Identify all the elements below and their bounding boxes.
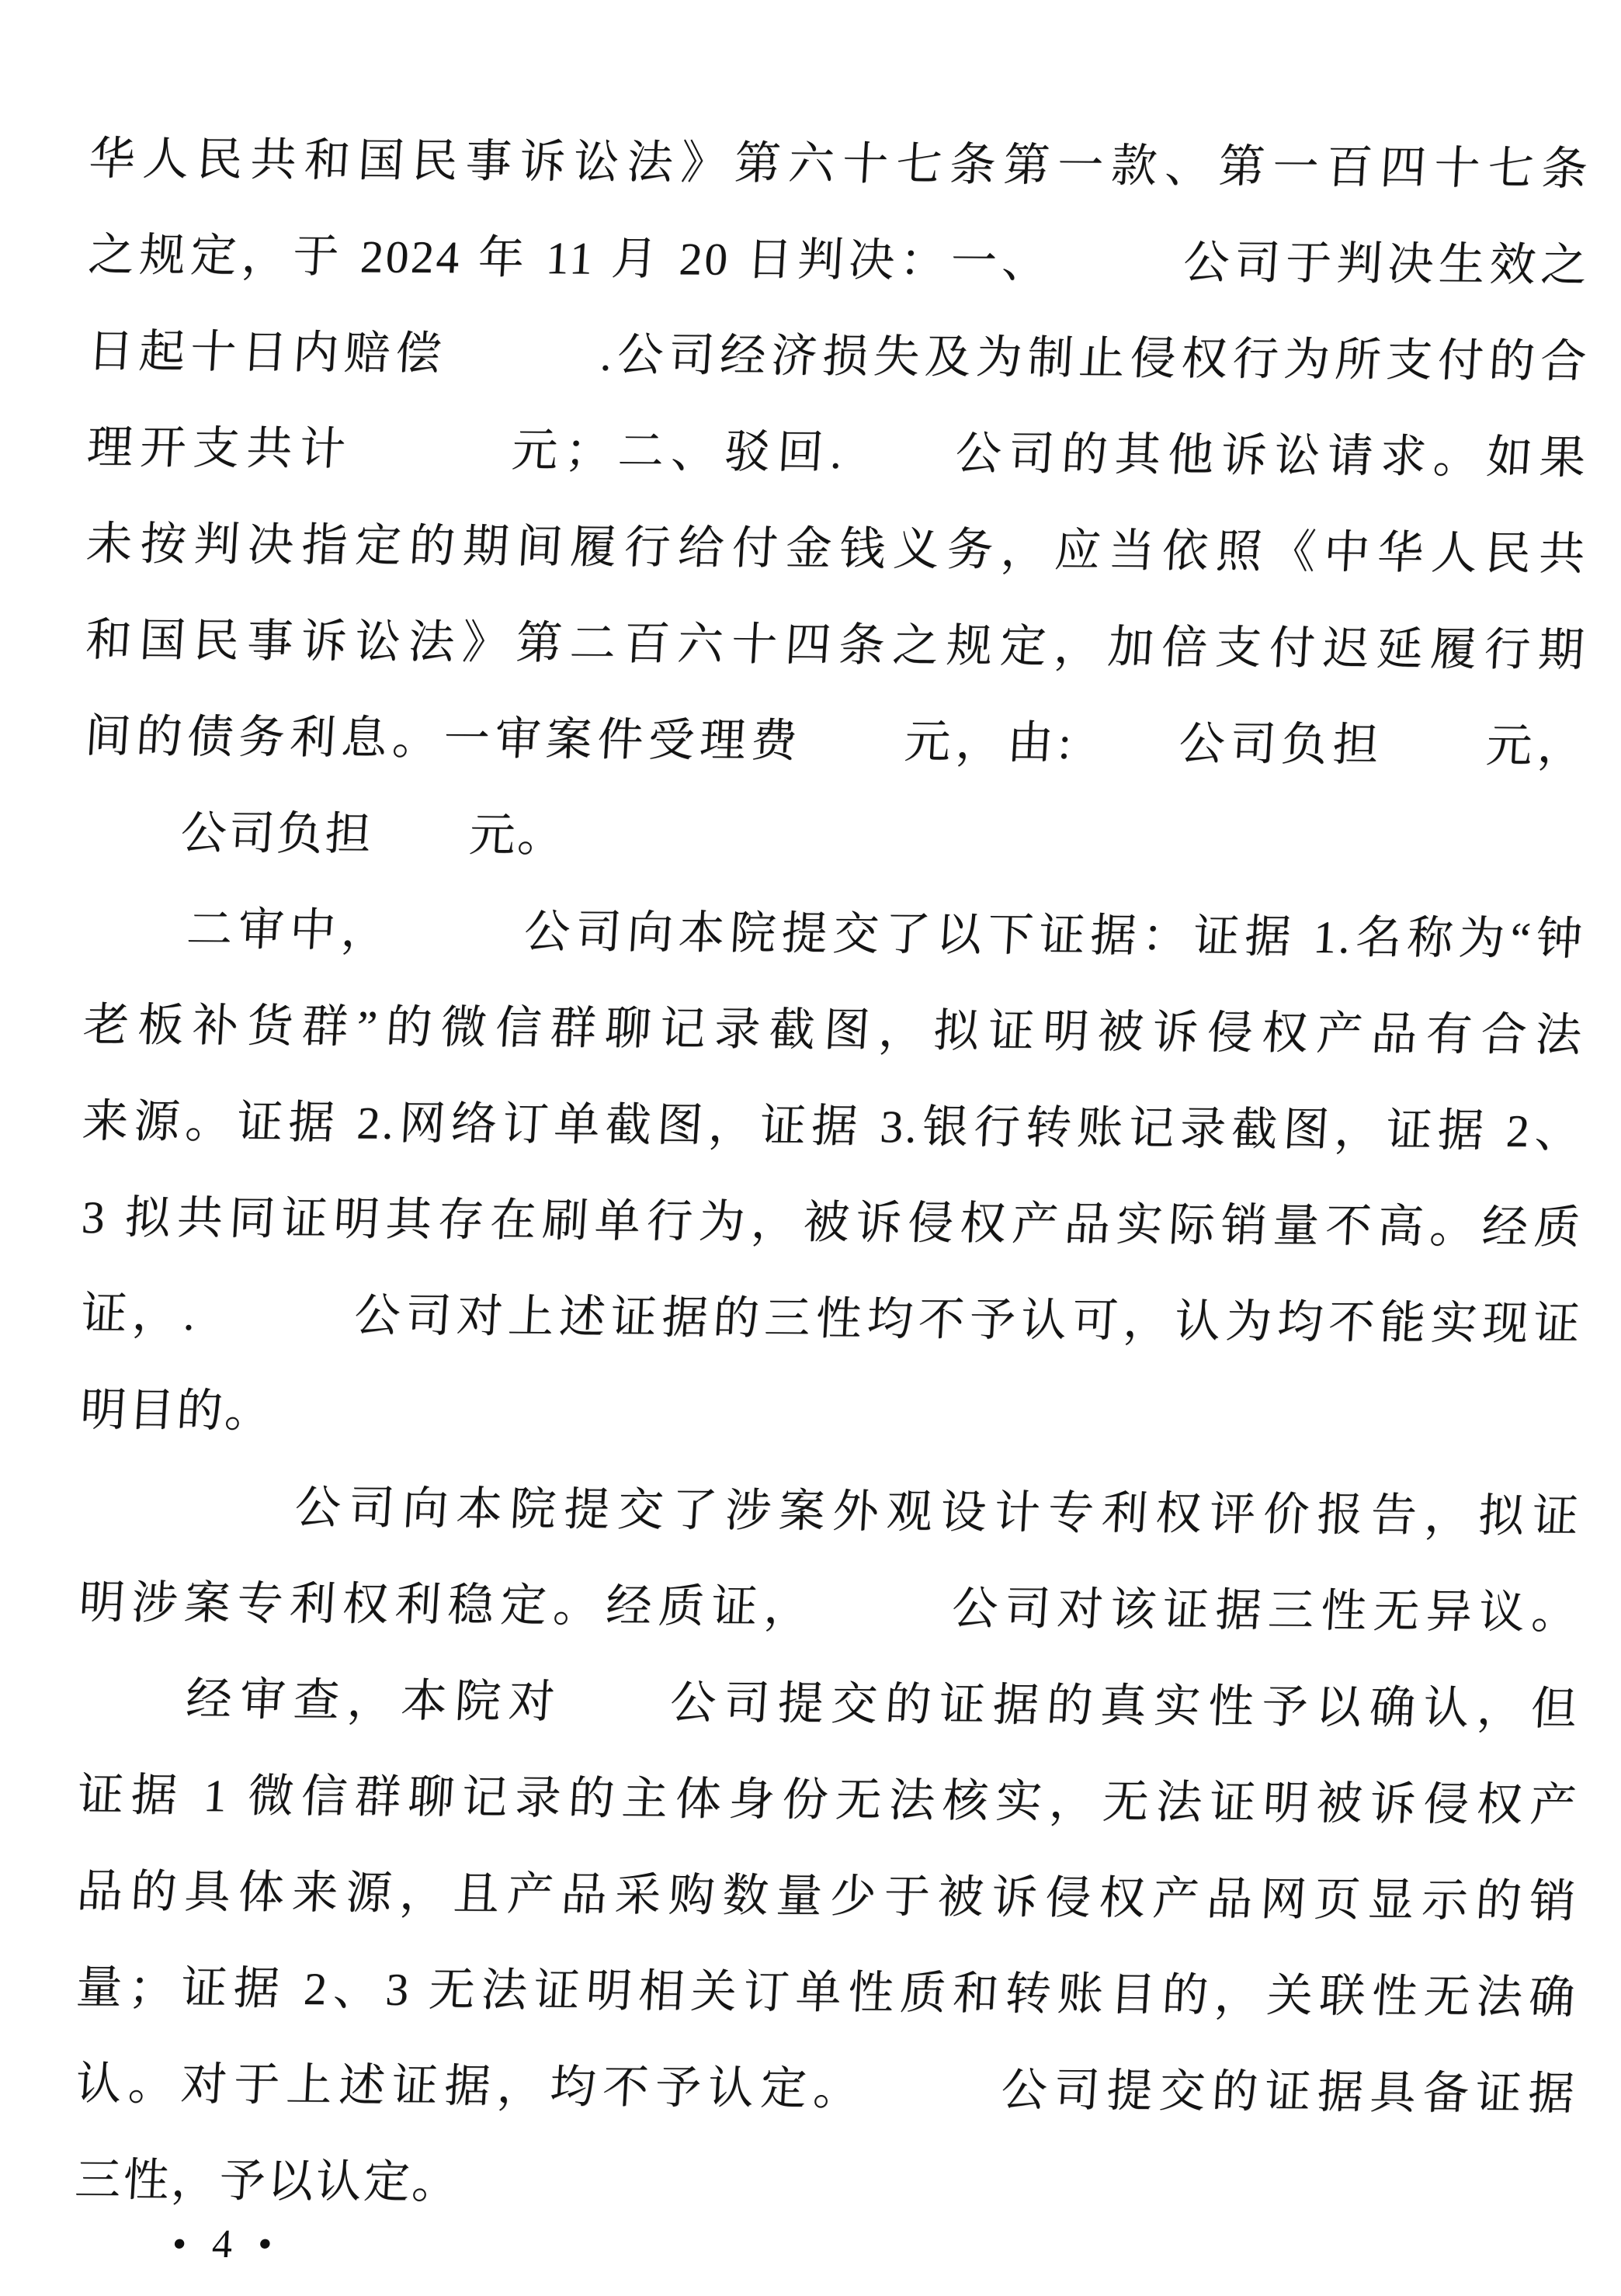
document-line: 未按判决指定的期间履行给付金钱义务，应当依照《中华人民共	[84, 495, 1590, 602]
page-number: • 4 •	[171, 2221, 281, 2267]
document-line: 华人民共和国民事诉讼法》第六十七条第一款、第一百四十七条	[86, 110, 1592, 217]
document-line: 和国民事诉讼法》第二百六十四条之规定，加倍支付迟延履行期	[83, 591, 1589, 698]
document-line: 日起十日内赔偿 .公司经济损失及为制止侵权行为所支付的合	[85, 303, 1591, 409]
document-line: 公司负担 元。	[82, 784, 1588, 890]
document-line: 品的具体来源，且产品采购数量少于被诉侵权产品网页显示的销	[75, 1843, 1581, 1949]
document-line: 二审中， 公司向本院提交了以下证据：证据 1.名称为“钟	[81, 880, 1587, 987]
document-line: 明目的。	[78, 1361, 1584, 1468]
document-line: 量；证据 2、3 无法证明相关订单性质和转账目的，关联性无法确	[74, 1939, 1580, 2045]
document-line: 经审查，本院对 公司提交的证据的真实性予以确认，但	[75, 1650, 1581, 1757]
document-line: 证，. 公司对上述证据的三性均不予认可，认为均不能实现证	[78, 1265, 1585, 1372]
document-line: 公司向本院提交了涉案外观设计专利权评价报告，拟证	[77, 1458, 1583, 1564]
document-line: 间的债务利息。一审案件受理费 元，由: 公司负担 元，	[82, 688, 1588, 794]
document-text-block: 华人民共和国民事诉讼法》第六十七条第一款、第一百四十七条之规定，于 2024 年…	[72, 110, 1588, 2238]
document-line: 证据 1 微信群聊记录的主体身份无法核实，无法证明被诉侵权产	[75, 1746, 1581, 1853]
document-line: 明涉案专利权利稳定。经质证， 公司对该证据三性无异议。	[76, 1554, 1582, 1660]
document-line: 3 拟共同证明其存在刷单行为，被诉侵权产品实际销量不高。经质	[79, 1169, 1585, 1275]
document-line: 来源。证据 2.网络订单截图，证据 3.银行转账记录截图，证据 2、	[79, 1073, 1585, 1179]
document-line: 认。对于上述证据，均不予认定。 公司提交的证据具备证据	[73, 2035, 1579, 2142]
document-line: 老板补货群”的微信群聊记录截图，拟证明被诉侵权产品有合法	[80, 976, 1586, 1083]
document-line: 理开支共计 元；二、驳回. 公司的其他诉讼请求。如果	[85, 399, 1591, 505]
judgment-page: 华人民共和国民事诉讼法》第六十七条第一款、第一百四十七条之规定，于 2024 年…	[0, 0, 1621, 2296]
document-line: 三性，予以认定。	[72, 2131, 1578, 2238]
document-line: 之规定，于 2024 年 11 月 20 日判决：一、 公司于判决生效之	[85, 206, 1591, 313]
